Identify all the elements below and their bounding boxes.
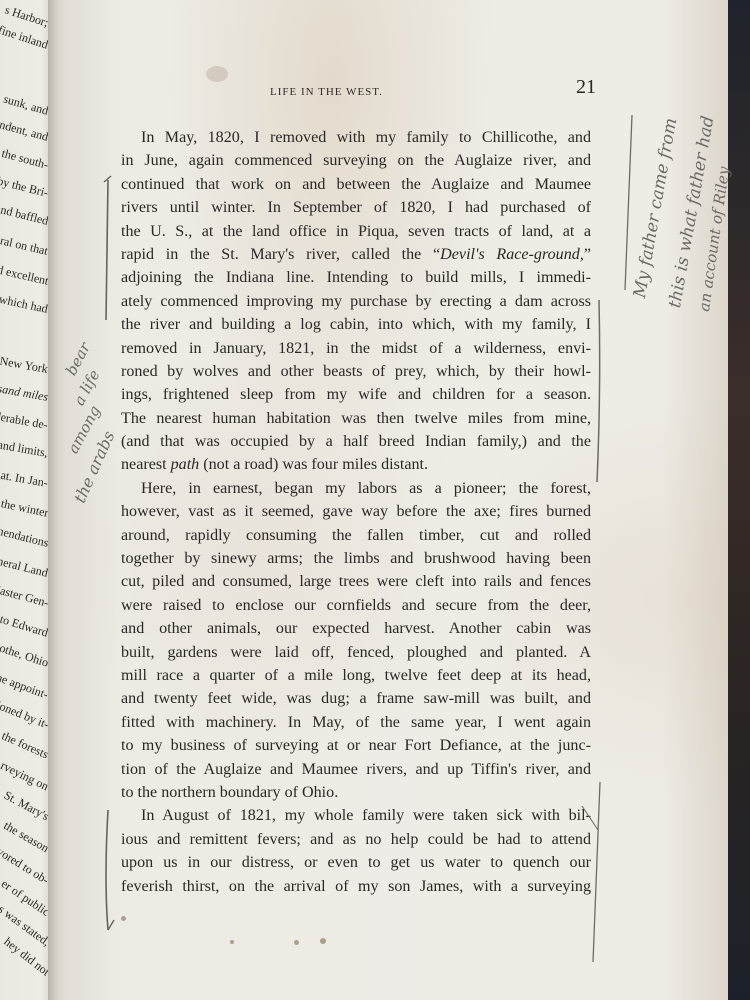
running-head: LIFE IN THE WEST. <box>270 86 383 98</box>
italic-word: path <box>171 456 200 473</box>
stain <box>121 916 126 921</box>
facing-page-fragment: ndent, and <box>0 117 50 144</box>
text-line: removed in January, 1821, in the midst o… <box>121 337 591 360</box>
facing-page-fragment: sunk, and <box>2 92 50 119</box>
text-line: The nearest human habitation was then tw… <box>121 407 591 430</box>
text-line: and twenty feet wide, was dug; a frame s… <box>121 687 591 710</box>
text-line: together by sinewy arms; the limbs and b… <box>121 547 591 570</box>
stain <box>230 940 234 944</box>
facing-page-fragment: ral on that <box>0 233 50 259</box>
text-line: continued that work on and between the A… <box>121 173 591 196</box>
text-line: upon us in our distress, or even to get … <box>121 851 591 874</box>
facing-page: s Harbor; fine inland sunk, and ndent, a… <box>0 0 52 1000</box>
text-line: ious and remittent fevers; and as no hel… <box>121 828 591 851</box>
text-line: In May, 1820, I removed with my family t… <box>121 126 591 149</box>
facing-page-fragment: the appoint- <box>0 669 51 703</box>
text-line: fitted with machinery. In May, of the sa… <box>121 711 591 734</box>
text-line: in June, again commenced surveying on th… <box>121 149 591 172</box>
text-line: rapid in the St. Mary's river, called th… <box>121 243 591 266</box>
facing-page-fragment: by the Bri- <box>0 174 50 201</box>
background-edge <box>728 0 750 1000</box>
text-line: Here, in earnest, began my labors as a p… <box>121 477 591 500</box>
close-quote: ” <box>584 246 591 263</box>
facing-page-fragment: derable de- <box>0 409 49 433</box>
text-line: mill race a quarter of a mile long, twel… <box>121 664 591 687</box>
facing-page-fragment: Master Gen- <box>0 581 50 611</box>
text-line: feverish thirst, on the arrival of my so… <box>121 875 591 898</box>
text-line: rivers until winter. In September of 182… <box>121 196 591 219</box>
facing-page-fragment: mendations <box>0 523 50 551</box>
facing-page-fragment: and baffled <box>0 201 50 229</box>
text-line: ings, frightened sleep from my wife and … <box>121 383 591 406</box>
text-line: roned by wolves and other beasts of prey… <box>121 360 591 383</box>
body-text: In May, 1820, I removed with my family t… <box>121 126 591 898</box>
text-line: tion of the Auglaize and Maumee rivers, … <box>121 758 591 781</box>
text-line: built, gardens were laid off, fenced, pl… <box>121 641 591 664</box>
facing-page-fragment: neral Land <box>0 554 50 581</box>
text-fragment: (not a road) was four miles distant. <box>199 456 428 473</box>
facing-page-fragment: ioned by it- <box>0 698 51 733</box>
text-line: In August of 1821, my whole family were … <box>121 804 591 827</box>
text-line: to my business of surveying at or near F… <box>121 734 591 757</box>
text-line: around, rapidly consuming the fallen tim… <box>121 524 591 547</box>
facing-page-fragment: d excellent <box>0 262 50 288</box>
text-line: and other animals, our expected harvest.… <box>121 617 591 640</box>
facing-page-fragment: which had <box>0 292 50 317</box>
text-line: the U. S., at the land office in Piqua, … <box>121 220 591 243</box>
text-fragment: rapid in the St. Mary's river, called th… <box>121 246 440 263</box>
text-line: however, vast as it seemed, gave way bef… <box>121 500 591 523</box>
text-line: the river and building a log cabin, into… <box>121 313 591 336</box>
text-line: adjoining the Indiana line. Intending to… <box>121 266 591 289</box>
text-line: to the northern boundary of Ohio. <box>121 781 591 804</box>
text-line: were raised to enclose our cornfields an… <box>121 594 591 617</box>
facing-page-fragment: to Edward <box>0 612 50 641</box>
facing-page-fragment: New York <box>0 354 49 377</box>
italic-phrase: Devil's Race-ground, <box>440 246 584 263</box>
facing-page-fragment: at. In Jan- <box>0 468 49 491</box>
text-line: (and that was occupied by a half breed I… <box>121 430 591 453</box>
stain <box>320 938 326 944</box>
stain <box>206 66 228 82</box>
text-line: cut, piled and consumed, large trees wer… <box>121 570 591 593</box>
page-number: 21 <box>576 76 596 99</box>
facing-page-fragment: l the south- <box>0 144 50 172</box>
facing-page-fragment: the forests <box>0 728 51 762</box>
facing-page-fragment: and limits, <box>0 437 49 461</box>
facing-page-fragment: cothe, Ohio <box>0 639 50 671</box>
text-line: nearest path (not a road) was four miles… <box>121 453 591 476</box>
text-fragment: nearest <box>121 456 171 473</box>
stain <box>294 940 299 945</box>
facing-page-fragment: the winter <box>0 496 50 521</box>
facing-page-fragment: usand miles <box>0 380 49 405</box>
text-line: ately commenced improving my purchase by… <box>121 290 591 313</box>
